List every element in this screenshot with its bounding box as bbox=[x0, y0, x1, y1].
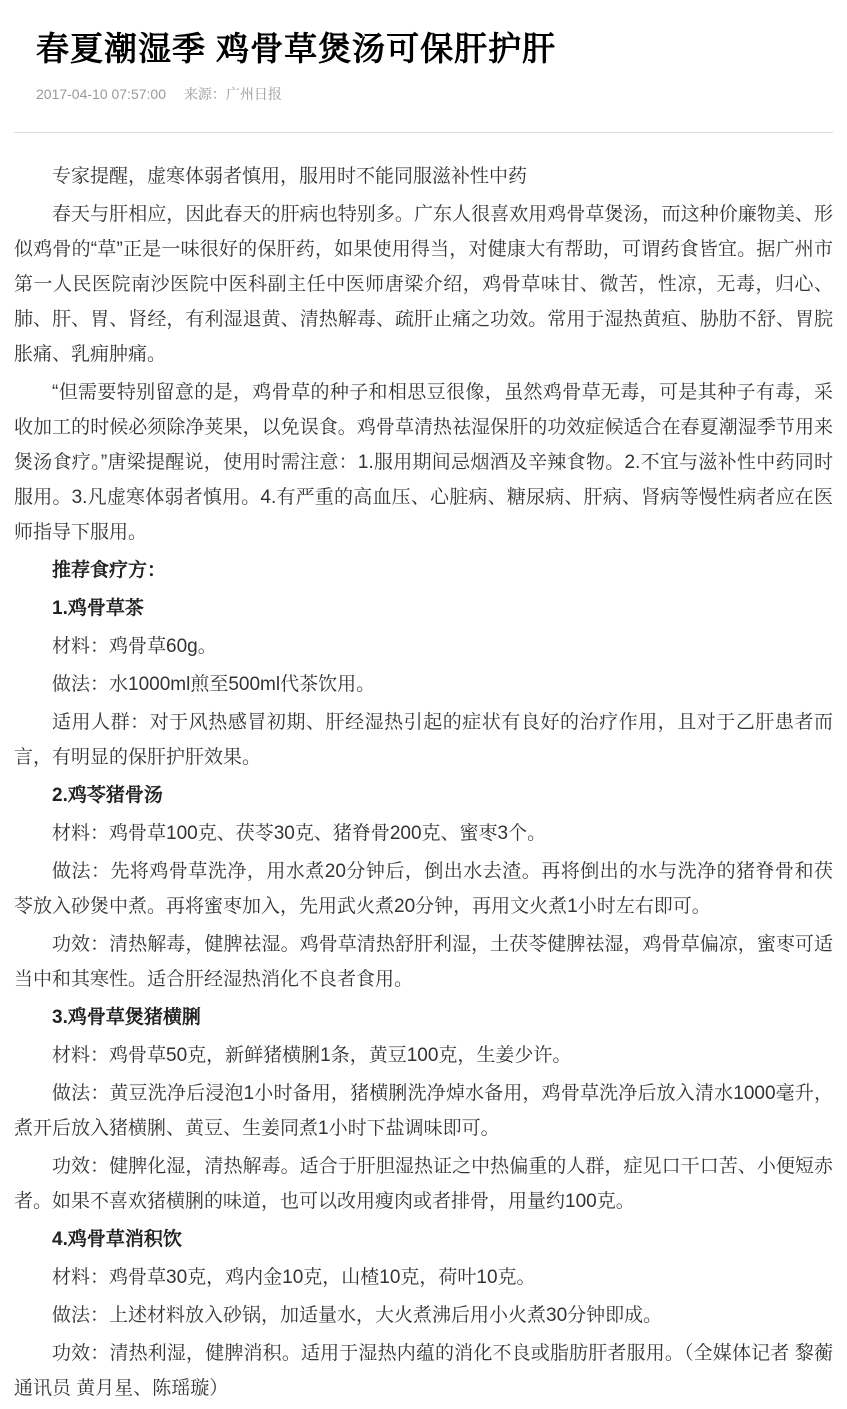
heading-recipe-1: 1.鸡骨草茶 bbox=[14, 591, 833, 626]
paragraph-expert-reminder: 专家提醒，虚寒体弱者慎用，服用时不能同服滋补性中药 bbox=[14, 159, 833, 194]
paragraph-warning: “但需要特别留意的是，鸡骨草的种子和相思豆很像，虽然鸡骨草无毒，可是其种子有毒，… bbox=[14, 375, 833, 550]
recipe-4-method: 做法：上述材料放入砂锅，加适量水，大火煮沸后用小火煮30分钟即成。 bbox=[14, 1298, 833, 1333]
header-divider bbox=[14, 132, 833, 133]
paragraph-intro: 春天与肝相应，因此春天的肝病也特别多。广东人很喜欢用鸡骨草煲汤，而这种价廉物美、… bbox=[14, 197, 833, 372]
recipe-2-effect: 功效：清热解毒，健脾祛湿。鸡骨草清热舒肝利湿，土茯苓健脾祛湿，鸡骨草偏凉，蜜枣可… bbox=[14, 927, 833, 997]
recipe-1-suitable: 适用人群：对于风热感冒初期、肝经湿热引起的症状有良好的治疗作用，且对于乙肝患者而… bbox=[14, 705, 833, 775]
recipe-4-effect: 功效：清热利湿，健脾消积。适用于湿热内蕴的消化不良或脂肪肝者服用。（全媒体记者 … bbox=[14, 1336, 833, 1406]
heading-recipe-4: 4.鸡骨草消积饮 bbox=[14, 1222, 833, 1257]
article-body: 专家提醒，虚寒体弱者慎用，服用时不能同服滋补性中药 春天与肝相应，因此春天的肝病… bbox=[14, 159, 833, 1406]
article-page: 春夏潮湿季 鸡骨草煲汤可保肝护肝 2017-04-10 07:57:00 来源：… bbox=[0, 0, 847, 1409]
recipe-3-method: 做法：黄豆洗净后浸泡1小时备用，猪横脷洗净焯水备用，鸡骨草洗净后放入清水1000… bbox=[14, 1076, 833, 1146]
source-label: 来源：广州日报 bbox=[184, 86, 282, 102]
publish-date: 2017-04-10 07:57:00 bbox=[36, 86, 166, 102]
recipe-4-ingredients: 材料：鸡骨草30克，鸡内金10克，山楂10克，荷叶10克。 bbox=[14, 1260, 833, 1295]
heading-recipe-list: 推荐食疗方： bbox=[14, 553, 833, 588]
recipe-3-ingredients: 材料：鸡骨草50克，新鲜猪横脷1条，黄豆100克，生姜少许。 bbox=[14, 1038, 833, 1073]
page-title: 春夏潮湿季 鸡骨草煲汤可保肝护肝 bbox=[36, 30, 811, 68]
recipe-2-method: 做法：先将鸡骨草洗净，用水煮20分钟后，倒出水去渣。再将倒出的水与洗净的猪脊骨和… bbox=[14, 854, 833, 924]
article-meta: 2017-04-10 07:57:00 来源：广州日报 bbox=[36, 84, 811, 104]
heading-recipe-2: 2.鸡苓猪骨汤 bbox=[14, 778, 833, 813]
recipe-1-ingredients: 材料：鸡骨草60g。 bbox=[14, 629, 833, 664]
heading-recipe-3: 3.鸡骨草煲猪横脷 bbox=[14, 1000, 833, 1035]
recipe-2-ingredients: 材料：鸡骨草100克、茯苓30克、猪脊骨200克、蜜枣3个。 bbox=[14, 816, 833, 851]
recipe-3-effect: 功效：健脾化湿，清热解毒。适合于肝胆湿热证之中热偏重的人群，症见口干口苦、小便短… bbox=[14, 1149, 833, 1219]
recipe-1-method: 做法：水1000ml煎至500ml代茶饮用。 bbox=[14, 667, 833, 702]
